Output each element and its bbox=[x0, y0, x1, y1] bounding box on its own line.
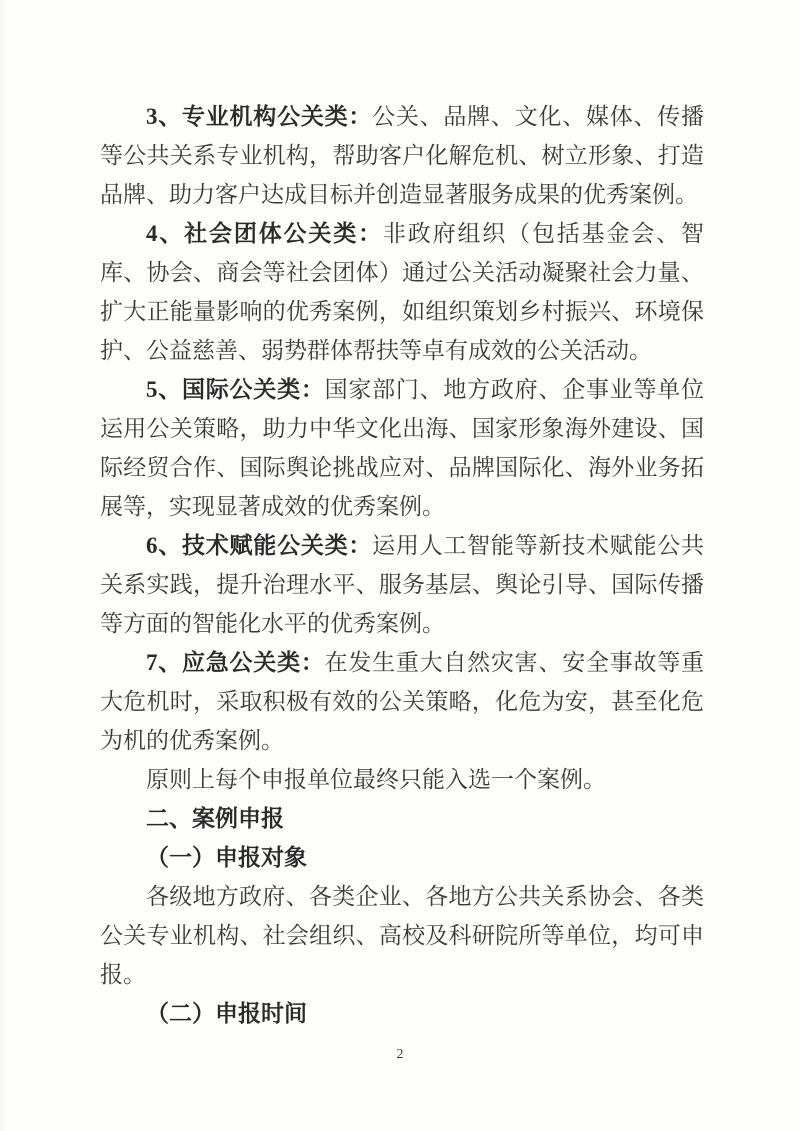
paragraph-lead: 5、国际公关类： bbox=[146, 377, 325, 402]
body-paragraph: 原则上每个申报单位最终只能入选一个案例。 bbox=[100, 760, 704, 799]
body-paragraph: 7、应急公关类：在发生重大自然灾害、安全事故等重大危机时，采取积极有效的公关策略… bbox=[100, 643, 704, 760]
paragraph-text: （一）申报对象 bbox=[146, 845, 307, 870]
body-paragraph: 6、技术赋能公关类：运用人工智能等新技术赋能公共关系实践，提升治理水平、服务基层… bbox=[100, 526, 704, 643]
section-heading: 二、案例申报 bbox=[100, 799, 704, 838]
body-paragraph: 各级地方政府、各类企业、各地方公共关系协会、各类公关专业机构、社会组织、高校及科… bbox=[100, 877, 704, 994]
body-paragraph: 5、国际公关类：国家部门、地方政府、企事业等单位运用公关策略，助力中华文化出海、… bbox=[100, 370, 704, 526]
section-heading: （一）申报对象 bbox=[100, 838, 704, 877]
paragraph-lead: 3、专业机构公关类： bbox=[146, 104, 372, 129]
page-footer: 2 bbox=[0, 1045, 800, 1065]
body-paragraph: 3、专业机构公关类：公关、品牌、文化、媒体、传播等公共关系专业机构，帮助客户化解… bbox=[100, 97, 704, 214]
section-heading: （二）申报时间 bbox=[100, 994, 704, 1033]
paragraph-lead: 6、技术赋能公关类： bbox=[146, 533, 372, 558]
paragraph-text: 二、案例申报 bbox=[146, 806, 284, 831]
body-paragraph: 4、社会团体公关类：非政府组织（包括基金会、智库、协会、商会等社会团体）通过公关… bbox=[100, 214, 704, 370]
document-body: 3、专业机构公关类：公关、品牌、文化、媒体、传播等公共关系专业机构，帮助客户化解… bbox=[100, 97, 704, 1033]
paragraph-lead: 7、应急公关类： bbox=[146, 650, 325, 675]
paragraph-lead: 4、社会团体公关类： bbox=[146, 221, 383, 246]
page-number: 2 bbox=[397, 1047, 404, 1062]
paragraph-text: 原则上每个申报单位最终只能入选一个案例。 bbox=[146, 767, 606, 792]
document-page: 3、专业机构公关类：公关、品牌、文化、媒体、传播等公共关系专业机构，帮助客户化解… bbox=[0, 0, 800, 1131]
paragraph-text: 各级地方政府、各类企业、各地方公共关系协会、各类公关专业机构、社会组织、高校及科… bbox=[100, 884, 704, 987]
paragraph-text: （二）申报时间 bbox=[146, 1001, 307, 1026]
